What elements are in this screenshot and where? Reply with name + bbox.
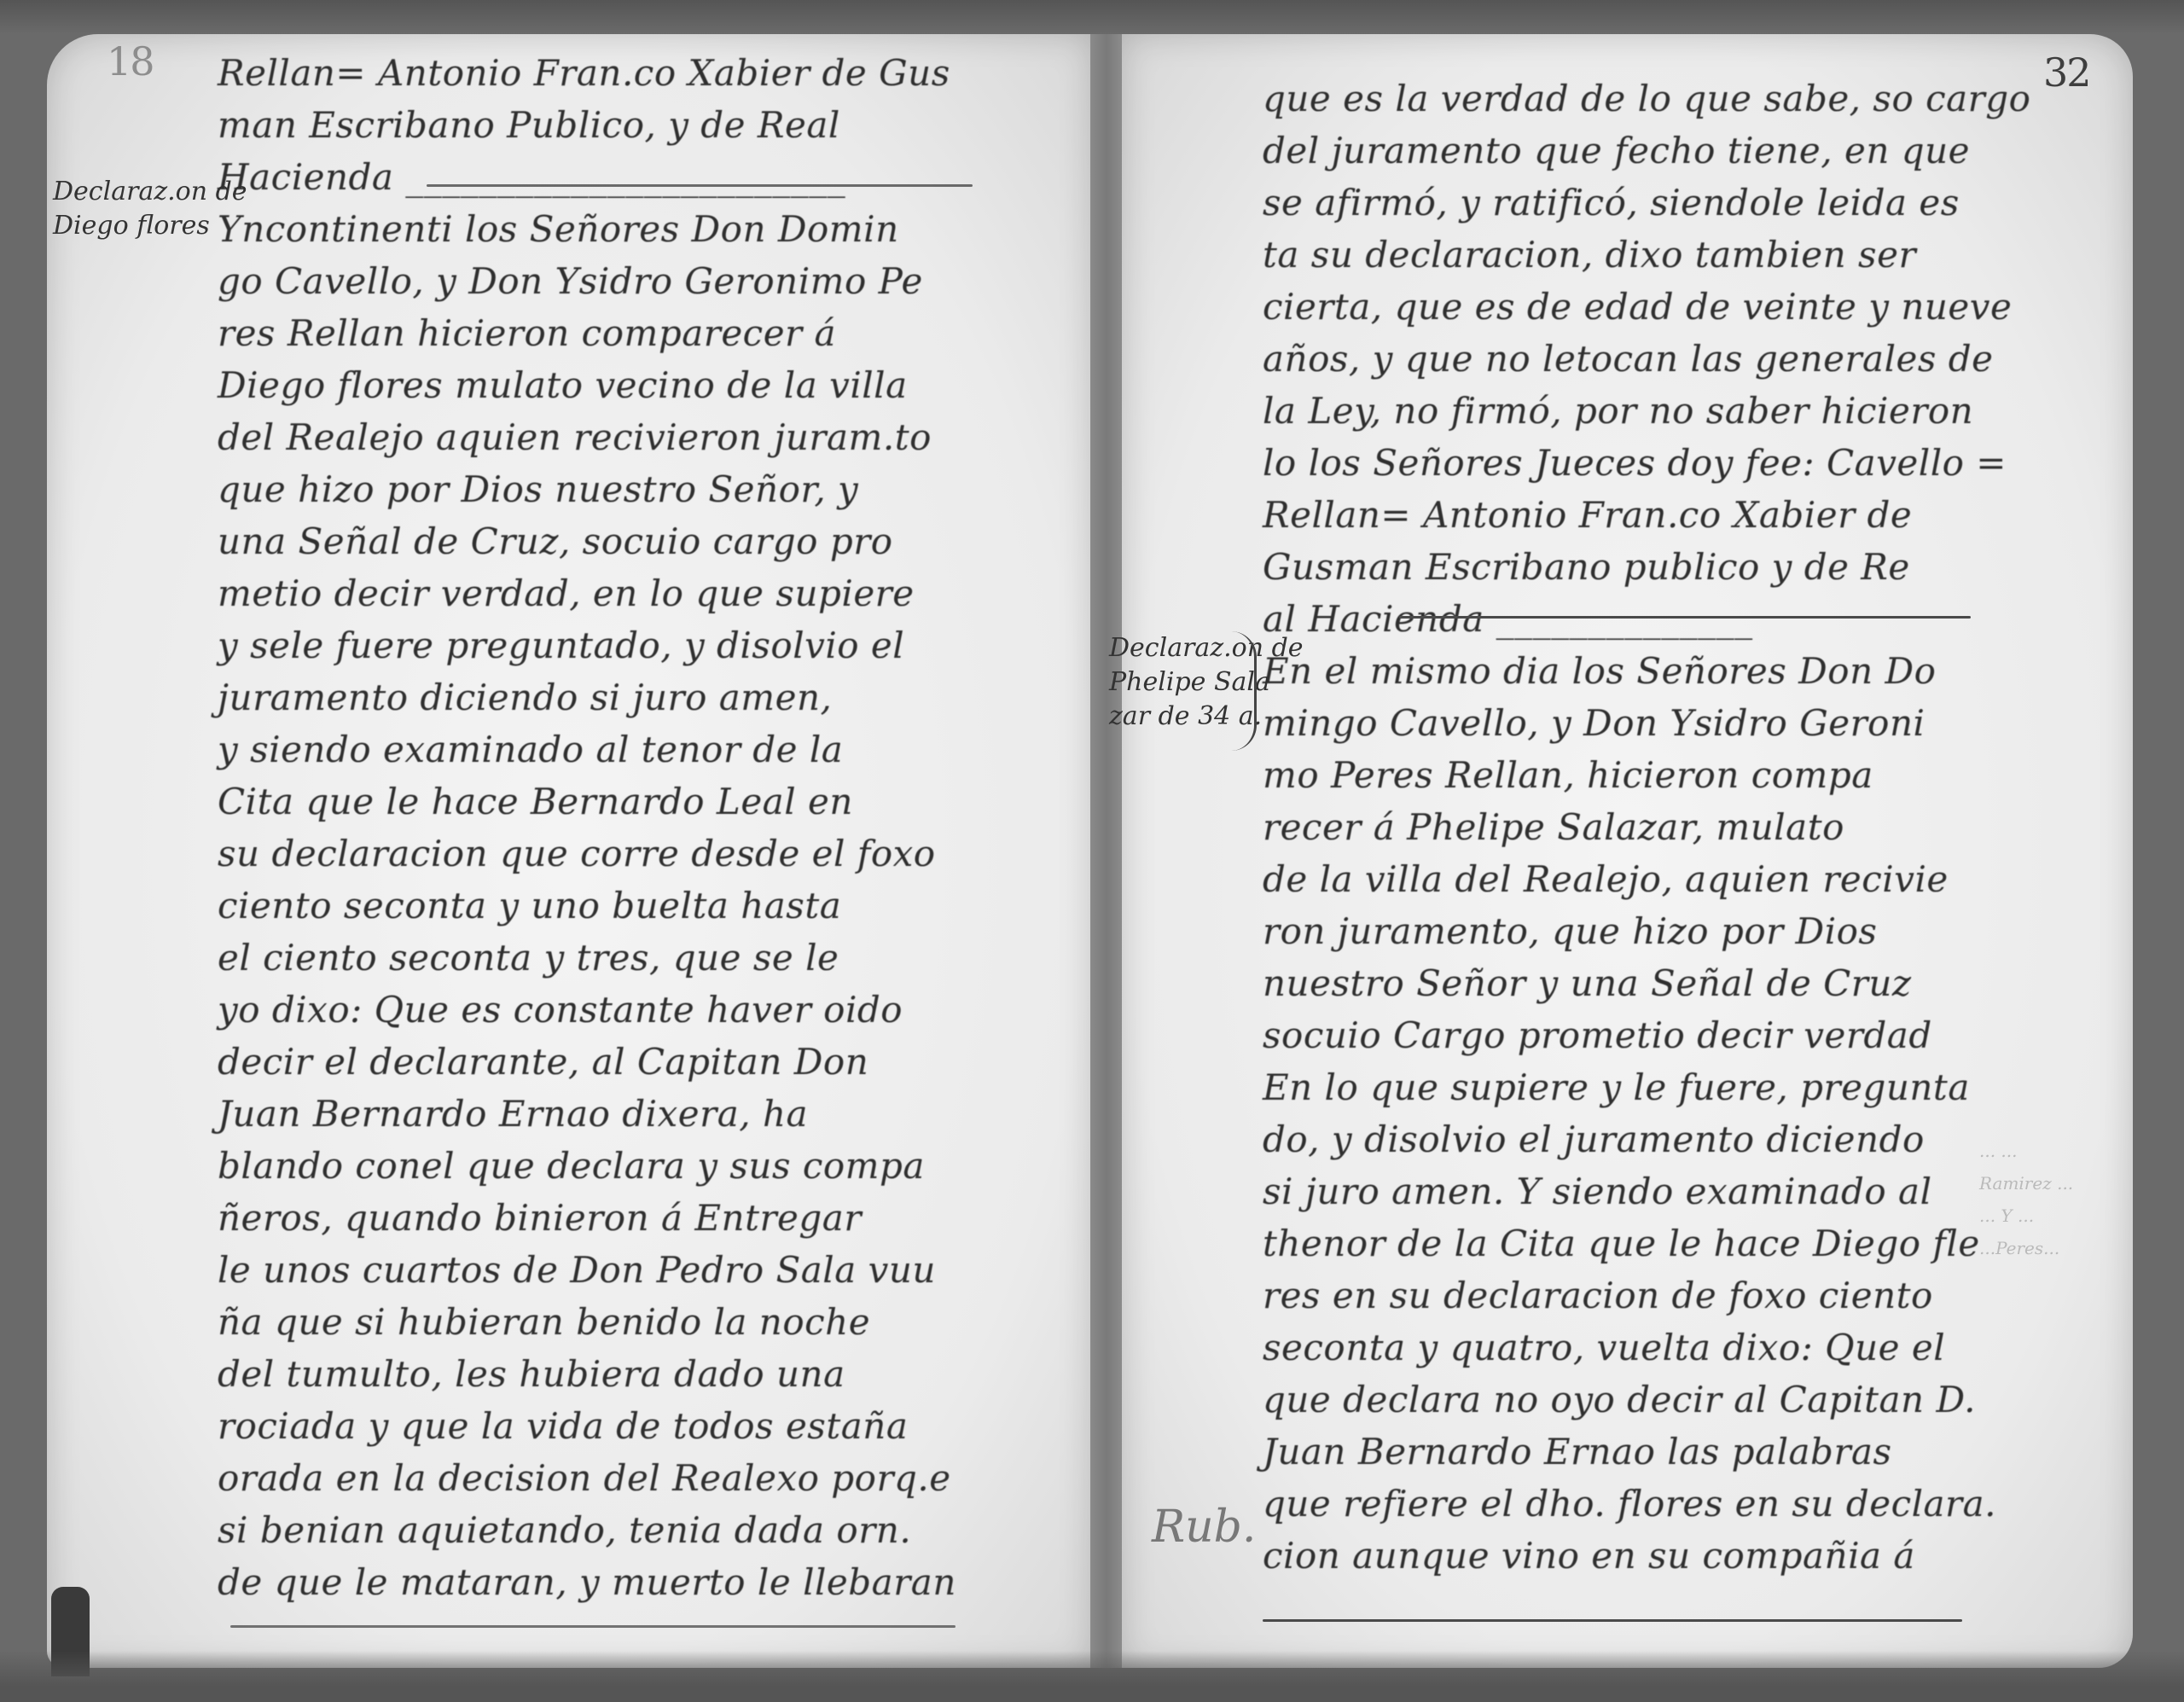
manuscript-line: socuio Cargo prometio decir verdad	[1263, 1009, 1979, 1061]
manuscript-line: ña que si hubieran benido la noche	[218, 1296, 985, 1348]
manuscript-line: si juro amen. Y siendo examinado al	[1263, 1165, 1979, 1217]
manuscript-line: y siendo examinado al tenor de la	[218, 723, 985, 775]
manuscript-line: En el mismo dia los Señores Don Do	[1263, 645, 1979, 697]
manuscript-line: ta su declaracion, dixo tambien ser	[1263, 229, 1979, 281]
manuscript-line: al Hacienda ______________	[1263, 593, 1979, 645]
manuscript-line: de la villa del Realejo, aquien recivie	[1263, 853, 1979, 905]
bleedthrough-line: Ramirez ...	[1979, 1167, 2073, 1200]
bleedthrough-text: ... ... Ramirez ... ... Y ... ...Peres..…	[1979, 1135, 2073, 1264]
manuscript-line: y sele fuere preguntado, y disolvio el	[218, 619, 985, 671]
manuscript-line: del tumulto, les hubiera dado una	[218, 1348, 985, 1400]
manuscript-line: orada en la decision del Realexo porq.e	[218, 1452, 985, 1504]
page-end-rule	[1263, 1619, 1962, 1622]
manuscript-line: Juan Bernardo Ernao las palabras	[1263, 1426, 1979, 1478]
manuscript-line: que hizo por Dios nuestro Señor, y	[218, 463, 985, 515]
manuscript-line: recer á Phelipe Salazar, mulato	[1263, 801, 1979, 853]
section-divider-rule	[1399, 616, 1971, 619]
manuscript-line: mo Peres Rellan, hicieron compa	[1263, 749, 1979, 801]
rubric-flourish: Rub.	[1152, 1502, 1256, 1553]
manuscript-line: Juan Bernardo Ernao dixera, ha	[218, 1088, 985, 1140]
manuscript-line: Cita que le hace Bernardo Leal en	[218, 775, 985, 828]
manuscript-line: cion aunque vino en su compañia á	[1263, 1530, 1979, 1582]
manuscript-line: man Escribano Publico, y de Real	[218, 99, 985, 151]
section-divider-rule	[427, 184, 973, 187]
manuscript-line: nuestro Señor y una Señal de Cruz	[1263, 957, 1979, 1009]
manuscript-line: le unos cuartos de Don Pedro Sala vuu	[218, 1244, 985, 1296]
manuscript-line: Diego flores mulato vecino de la villa	[218, 359, 985, 411]
manuscript-line: años, y que no letocan las generales de	[1263, 333, 1979, 385]
manuscript-line: blando conel que declara y sus compa	[218, 1140, 985, 1192]
manuscript-line: ron juramento, que hizo por Dios	[1263, 905, 1979, 957]
manuscript-line: Yncontinenti los Señores Don Domin	[218, 203, 985, 255]
manuscript-line: el ciento seconta y tres, que se le	[218, 932, 985, 984]
manuscript-line: mingo Cavello, y Don Ysidro Geroni	[1263, 697, 1979, 749]
manuscript-line: thenor de la Cita que le hace Diego fle	[1263, 1217, 1979, 1269]
manuscript-line: rociada y que la vida de todos estaña	[218, 1400, 985, 1452]
manuscript-line: Gusman Escribano publico y de Re	[1263, 541, 1979, 593]
manuscript-line: res Rellan hicieron comparecer á	[218, 307, 985, 359]
manuscript-line: do, y disolvio el juramento diciendo	[1263, 1113, 1979, 1165]
manuscript-line: del Realejo aquien recivieron juram.to	[218, 411, 985, 463]
manuscript-line: la Ley, no firmó, por no saber hicieron	[1263, 385, 1979, 437]
manuscript-line: metio decir verdad, en lo que supiere	[218, 567, 985, 619]
bleedthrough-line: ...Peres...	[1979, 1232, 2073, 1264]
bleedthrough-line: ... ...	[1979, 1135, 2073, 1167]
manuscript-line: Rellan= Antonio Fran.co Xabier de	[1263, 489, 1979, 541]
folio-number-right: 32	[2043, 49, 2090, 96]
manuscript-line: su declaracion que corre desde el foxo	[218, 828, 985, 880]
manuscript-line: si benian aquietando, tenia dada orn.	[218, 1504, 985, 1556]
manuscript-line: res en su declaracion de foxo ciento	[1263, 1269, 1979, 1322]
left-page-text: Rellan= Antonio Fran.co Xabier de Gus ma…	[218, 47, 985, 1608]
manuscript-line: decir el declarante, al Capitan Don	[218, 1036, 985, 1088]
manuscript-line: de que le mataran, y muerto le llebaran	[218, 1556, 985, 1608]
manuscript-line: yo dixo: Que es constante haver oido	[218, 984, 985, 1036]
manuscript-line: una Señal de Cruz, socuio cargo pro	[218, 515, 985, 567]
manuscript-line: que refiere el dho. flores en su declara…	[1263, 1478, 1979, 1530]
manuscript-line: lo los Señores Jueces doy fee: Cavello =	[1263, 437, 1979, 489]
margin-brace-icon	[1228, 631, 1257, 751]
manuscript-line: ciento seconta y uno buelta hasta	[218, 880, 985, 932]
manuscript-line: Hacienda ________________________	[218, 151, 985, 203]
manuscript-line: Rellan= Antonio Fran.co Xabier de Gus	[218, 47, 985, 99]
manuscript-line: del juramento que fecho tiene, en que	[1263, 125, 1979, 177]
right-page-text: que es la verdad de lo que sabe, so carg…	[1263, 73, 1979, 1582]
scan-bottom-shadow	[0, 1651, 2184, 1702]
folio-number-left: 18	[107, 38, 154, 84]
bleedthrough-line: ... Y ...	[1979, 1200, 2073, 1232]
manuscript-line: que declara no oyo decir al Capitan D.	[1263, 1374, 1979, 1426]
manuscript-line: cierta, que es de edad de veinte y nueve	[1263, 281, 1979, 333]
book-gutter	[1090, 34, 1123, 1668]
manuscript-line: que es la verdad de lo que sabe, so carg…	[1263, 73, 1979, 125]
manuscript-line: juramento diciendo si juro amen,	[218, 671, 985, 723]
manuscript-line: ñeros, quando binieron á Entregar	[218, 1192, 985, 1244]
manuscript-line: En lo que supiere y le fuere, pregunta	[1263, 1061, 1979, 1113]
page-end-rule	[230, 1625, 955, 1628]
manuscript-line: se afirmó, y ratificó, siendole leida es	[1263, 177, 1979, 229]
manuscript-line: go Cavello, y Don Ysidro Geronimo Pe	[218, 255, 985, 307]
manuscript-line: seconta y quatro, vuelta dixo: Que el	[1263, 1322, 1979, 1374]
